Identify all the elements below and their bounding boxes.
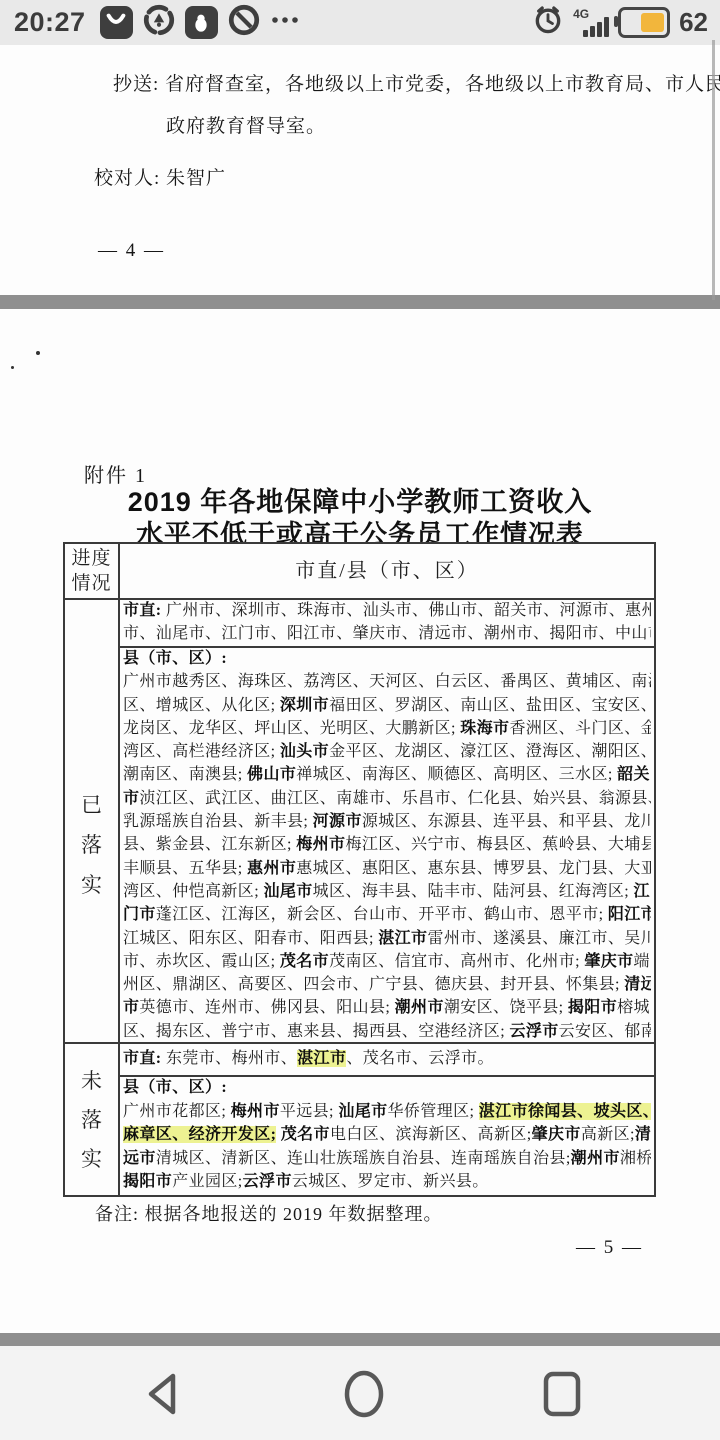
home-button[interactable] [334, 1364, 394, 1424]
row-label-not-implemented: 未落实 [65, 1042, 118, 1195]
qq-icon [185, 6, 218, 39]
page-number-5: — 5 — [576, 1237, 643, 1259]
android-nav-bar [0, 1346, 720, 1440]
home-icon [341, 1368, 387, 1420]
scan-edge-shadow [712, 40, 715, 300]
note-line: 备注: 根据各地报送的 2019 年数据整理。 [95, 1200, 443, 1226]
alarm-clock-icon [532, 4, 564, 41]
scan-speck [11, 366, 14, 369]
battery-icon [618, 7, 670, 38]
recents-button[interactable] [532, 1364, 592, 1424]
row-label-implemented: 已落实 [65, 646, 118, 1042]
page-separator [0, 1333, 720, 1346]
page-separator [0, 295, 720, 309]
document-page-4[interactable]: 抄送: 省府督查室，各地级以上市党委，各地级以上市教育局、市人民 政府教育督导室… [0, 45, 720, 295]
header-region-types: 市直/县（市、区） [120, 554, 654, 583]
back-icon [139, 1369, 185, 1419]
document-page-5[interactable]: 附件 1 2019 年各地保障中小学教师工资收入 水平不低于或高于公务员工作情况… [0, 309, 720, 1333]
more-notifications-icon [270, 13, 300, 32]
not-implemented-county-list: 县（市、区）:广州市花都区; 梅州市平远县; 汕尾市华侨管理区; 湛江市徐闻县、… [123, 1076, 651, 1195]
battery-fill [641, 13, 664, 32]
implemented-city-list: 市直: 广州市、深圳市、珠海市、汕头市、佛山市、韶关市、河源市、惠州市、汕尾市、… [123, 600, 651, 646]
table-column-divider [118, 544, 120, 1195]
page-number-4: — 4 — [98, 240, 165, 262]
implemented-county-list: 县（市、区）:广州市越秀区、海珠区、荔湾区、天河区、白云区、番禺区、黄埔区、南沙… [123, 647, 651, 1042]
cc-line-1: 抄送: 省府督查室，各地级以上市党委，各地级以上市教育局、市人民 [113, 69, 720, 96]
scan-speck [36, 351, 40, 355]
proofreader-line: 校对人: 朱智广 [94, 163, 226, 190]
cc-line-2: 政府教育督导室。 [166, 111, 326, 138]
battery-percent: 62 [679, 7, 708, 38]
status-bar: 20:27 [0, 0, 720, 45]
do-not-disturb-icon [227, 3, 261, 42]
status-table: 进度情况 市直/县（市、区） 已落实 未落实 市直: 广州市、深圳市、珠海市、汕… [63, 542, 656, 1197]
clock-time: 20:27 [14, 7, 86, 38]
battery-nub [614, 16, 618, 27]
status-indicators: 4G 62 [532, 4, 708, 41]
back-button[interactable] [132, 1364, 192, 1424]
header-progress-status: 进度情况 [65, 546, 118, 596]
alarm-reminder-icon [142, 3, 176, 42]
not-implemented-city-list: 市直: 东莞市、梅州市、湛江市、茂名市、云浮市。 [123, 1043, 651, 1075]
recents-icon [540, 1369, 584, 1419]
signal-strength-icon: 4G [573, 7, 609, 39]
mail-notification-icon [100, 6, 133, 39]
notification-icons [100, 3, 300, 42]
phone-screen: 20:27 [0, 0, 720, 1440]
